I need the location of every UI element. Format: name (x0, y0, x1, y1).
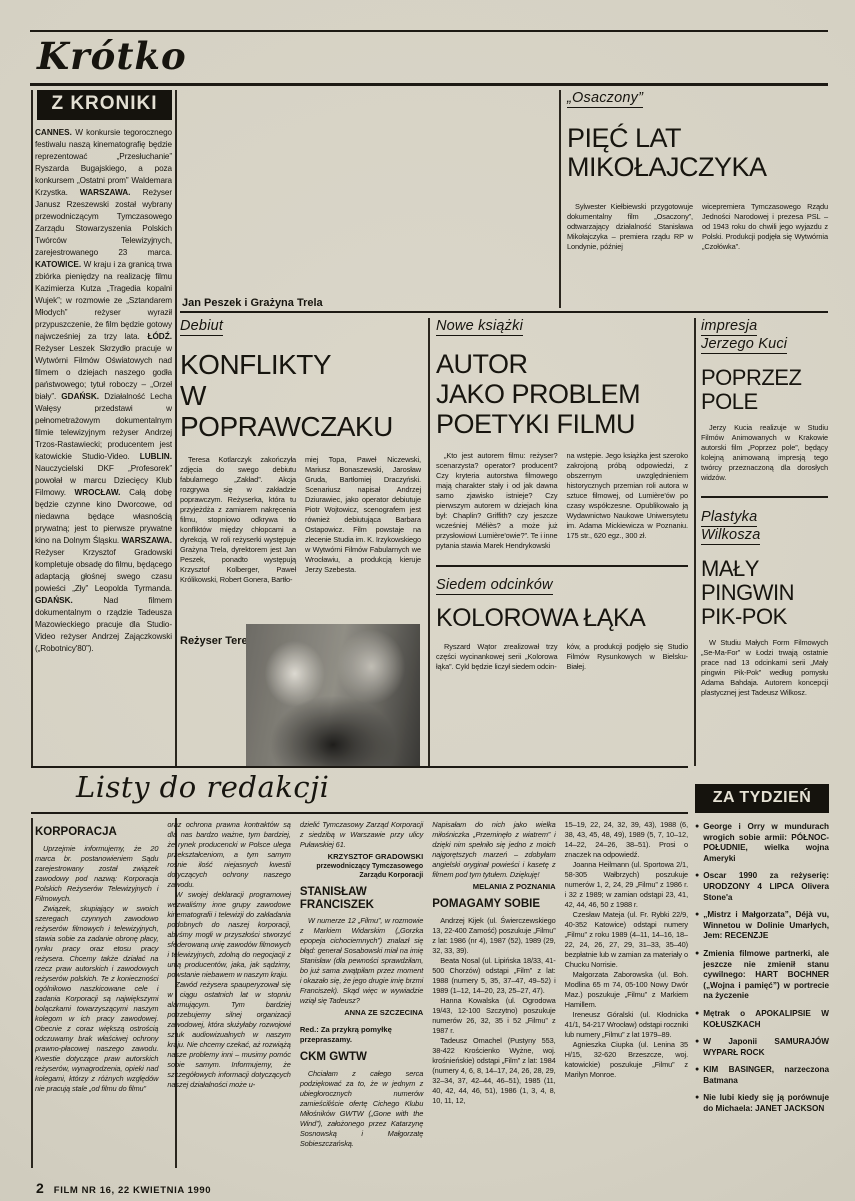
bullet-icon: ● (695, 871, 699, 903)
kronika-box-title: Z KRONIKI (37, 90, 172, 120)
letter-text: Napisałam do nich jako wielka miłośniczk… (432, 820, 555, 880)
article-column: Teresa Kotlarczyk zakończyła zdjęcia do … (180, 455, 296, 627)
right-rail: impresjaJerzego Kuci POPRZEZPOLE Jerzy K… (701, 318, 828, 768)
column-rule (175, 90, 177, 766)
column-rule (428, 318, 430, 766)
article-text: Jerzy Kucia realizuje w Studiu Filmów An… (701, 423, 828, 483)
letter-text: W swojej deklaracji programowej wezwaliś… (167, 890, 290, 980)
bullet-icon: ● (695, 1065, 699, 1086)
bullet-icon: ● (695, 910, 699, 942)
kronika-body: CANNES. W konkursie tegorocznego festiwa… (35, 127, 172, 655)
band-rule (31, 766, 688, 768)
za-tydzien-text: „Mistrz i Małgorzata”, Déjà vu, Winnetou… (703, 910, 829, 942)
article-column: wicepremiera Tymczasowego Rządu Jedności… (702, 202, 828, 252)
section-label: Debiut (180, 318, 421, 336)
za-tydzien-item: ●KIM BASINGER, narzeczona Batmana (695, 1065, 829, 1086)
bullet-icon: ● (695, 1037, 699, 1058)
letter-text: Beata Nosal (ul. Lipińska 18/33, 41-500 … (432, 956, 555, 996)
kotlarczyk-peszek-photo (246, 624, 420, 766)
za-tydzien-text: W Japonii SAMURAJÓW WYPARŁ ROCK (703, 1037, 829, 1058)
section-headline: MAŁYPINGWINPIK-POK (701, 557, 828, 629)
article-column: ków, a produkcji podjęło się Studio Film… (567, 642, 689, 672)
page-number: 2 (36, 1180, 44, 1196)
band-rule (31, 812, 688, 814)
letter-text: Joanna Heilmann (ul. Sportowa 2/1, 58-30… (565, 860, 688, 910)
kronika-column: Z KRONIKI CANNES. W konkursie tegoroczne… (35, 90, 172, 766)
column-rule (31, 818, 33, 1168)
za-tydzien-item: ●W Japonii SAMURAJÓW WYPARŁ ROCK (695, 1037, 829, 1058)
letter-text: Czesław Mateja (ul. Fr. Rybki 22/9, 40-3… (565, 910, 688, 970)
letters-column: KORPORACJAUprzejmie informujemy, że 20 m… (35, 820, 158, 1172)
section-headline: POPRZEZPOLE (701, 366, 828, 414)
za-tydzien-text: Oscar 1990 za reżyserię: URODZONY 4 LIPC… (703, 871, 829, 903)
letter-text: Hanna Kowalska (ul. Ogrodowa 19/43, 12-1… (432, 996, 555, 1036)
article-column: na wstępie. Jego książka jest szeroko za… (567, 451, 689, 551)
band-rule (436, 565, 688, 567)
magazine-page: Krótko Z KRONIKI CANNES. W konkursie teg… (0, 0, 855, 1201)
letter-heading: CKM GWTW (300, 1051, 423, 1064)
letter-text: Uprzejmie informujemy, że 20 marca br. p… (35, 844, 158, 904)
za-tydzien-item: ●„Mistrz i Małgorzata”, Déjà vu, Winneto… (695, 910, 829, 942)
section-label: PlastykaWilkosza (701, 509, 828, 545)
letters-column: dzielić Tymczasowy Zarząd Korporacji z s… (300, 820, 423, 1172)
section-headline: KOLOROWA ŁĄKA (436, 605, 688, 632)
page-footer: 2 FILM NR 16, 22 KWIETNIA 1990 (36, 1180, 211, 1196)
letters-columns: KORPORACJAUprzejmie informujemy, że 20 m… (35, 820, 688, 1172)
letter-text: dzielić Tymczasowy Zarząd Korporacji z s… (300, 820, 423, 850)
section-label: Nowe książki (436, 318, 688, 336)
za-tydzien-item: ●Mętrak o APOKALIPSIE W KOŁUSZKACH (695, 1009, 829, 1030)
za-tydzien-item: ●Nie lubi kiedy się ją porównuje do Mich… (695, 1093, 829, 1114)
letter-text: Zawód reżysera spauperyzował się w ciągu… (167, 980, 290, 1090)
article-column: miej Topa, Paweł Niczewski, Mariusz Bona… (305, 455, 421, 627)
column-rule (694, 318, 696, 766)
letters-column: oraz ochrona prawna kontraktów są dla na… (167, 820, 290, 1172)
za-tydzien-text: George i Orry w mundurach wrogich sobie … (703, 822, 829, 864)
za-tydzien-title: ZA TYDZIEŃ (695, 784, 829, 813)
section-osaczony: „Osaczony” PIĘĆ LATMIKOŁAJCZYKA Sylweste… (567, 90, 828, 252)
letter-text: W numerze 12 „Filmu”, w rozmowie z Marki… (300, 916, 423, 1006)
letter-text: Red.: Za przykrą pomyłkę przepraszamy. (300, 1025, 423, 1045)
letter-heading: KORPORACJA (35, 826, 158, 839)
column-rule (559, 90, 561, 308)
letter-heading: STANISŁAW FRANCISZEK (300, 886, 423, 911)
letter-text: Andrzej Kijek (ul. Świerczewskiego 13, 2… (432, 916, 555, 956)
section-label: impresjaJerzego Kuci (701, 318, 828, 354)
article-column: Sylwester Kiełbiewski przygotowuje dokum… (567, 202, 693, 252)
letters-column: Napisałam do nich jako wielka miłośniczk… (432, 820, 555, 1172)
page-section-title: Krótko (37, 34, 187, 78)
section-label: Siedem odcinków (436, 577, 688, 595)
letter-text: oraz ochrona prawna kontraktów są dla na… (167, 820, 290, 890)
za-tydzien-text: Mętrak o APOKALIPSIE W KOŁUSZKACH (703, 1009, 829, 1030)
section-nowe-ksiazki: Nowe książki AUTORJAKO PROBLEMPOETYKI FI… (436, 318, 688, 768)
za-tydzien-item: ●Oscar 1990 za reżyserię: URODZONY 4 LIP… (695, 871, 829, 903)
bullet-icon: ● (695, 1009, 699, 1030)
band-rule (701, 496, 828, 498)
issue-line: FILM NR 16, 22 KWIETNIA 1990 (54, 1185, 211, 1196)
letter-text: Agnieszka Ciupka (ul. Lenina 35 H/15, 32… (565, 1040, 688, 1080)
za-tydzien-item: ●Zmienia filmowe partnerki, ale jeszcze … (695, 949, 829, 1002)
photo-caption: Jan Peszek i Grażyna Trela (182, 297, 323, 309)
letter-text: MELANIA Z POZNANIA (432, 882, 555, 892)
letter-text: KRZYSZTOF GRADOWSKI (300, 852, 423, 862)
bullet-icon: ● (695, 1093, 699, 1114)
section-headline: AUTORJAKO PROBLEMPOETYKI FILMU (436, 349, 688, 439)
letter-text: Tadeusz Omachel (Pustyny 553, 38-422 Kro… (432, 1036, 555, 1106)
top-rule (30, 30, 828, 32)
za-tydzien-items: ●George i Orry w mundurach wrogich sobie… (695, 822, 829, 1115)
bullet-icon: ● (695, 822, 699, 864)
letter-text: 15–19, 22, 24, 32, 39, 43), 1988 (6, 38,… (565, 820, 688, 860)
letters-column: 15–19, 22, 24, 32, 39, 43), 1988 (6, 38,… (565, 820, 688, 1172)
article-text: W Studiu Małych Form Filmowych „Se-Ma-Fo… (701, 638, 828, 698)
letter-text: Ireneusz Góralski (ul. Kłodnicka 41/1, 5… (565, 1010, 688, 1040)
column-rule (31, 90, 33, 766)
letter-heading: POMAGAMY SOBIE (432, 898, 555, 911)
band-rule (180, 311, 828, 313)
za-tydzien-item: ●George i Orry w mundurach wrogich sobie… (695, 822, 829, 864)
za-tydzien-text: Nie lubi kiedy się ją porównuje do Micha… (703, 1093, 829, 1114)
za-tydzien-text: KIM BASINGER, narzeczona Batmana (703, 1065, 829, 1086)
letter-text: Związek, skupiający w swoich szeregach c… (35, 904, 158, 1094)
letter-text: ANNA ZE SZCZECINA (300, 1008, 423, 1018)
section-headline: PIĘĆ LATMIKOŁAJCZYKA (567, 124, 828, 182)
article-column: „Kto jest autorem filmu: reżyser? scenar… (436, 451, 558, 551)
za-tydzien-box: ZA TYDZIEŃ ●George i Orry w mundurach wr… (695, 784, 829, 1122)
letters-section-title: Listy do redakcji (76, 770, 329, 804)
letter-text: Małgorzata Zaborowska (ul. Boh. Modlina … (565, 970, 688, 1010)
letter-text: przewodniczący Tymczasowego Zarządu Korp… (300, 862, 423, 880)
masthead-rule (30, 83, 828, 86)
za-tydzien-text: Zmienia filmowe partnerki, ale jeszcze n… (703, 949, 829, 1002)
bullet-icon: ● (695, 949, 699, 1002)
article-column: Ryszard Wątor zrealizował trzy części wy… (436, 642, 558, 672)
film-set-photo (180, 92, 552, 292)
letter-text: Chciałam z całego serca podziękować za t… (300, 1069, 423, 1149)
section-headline: KONFLIKTYW POPRAWCZAKU (180, 349, 421, 442)
section-label: „Osaczony” (567, 90, 828, 108)
